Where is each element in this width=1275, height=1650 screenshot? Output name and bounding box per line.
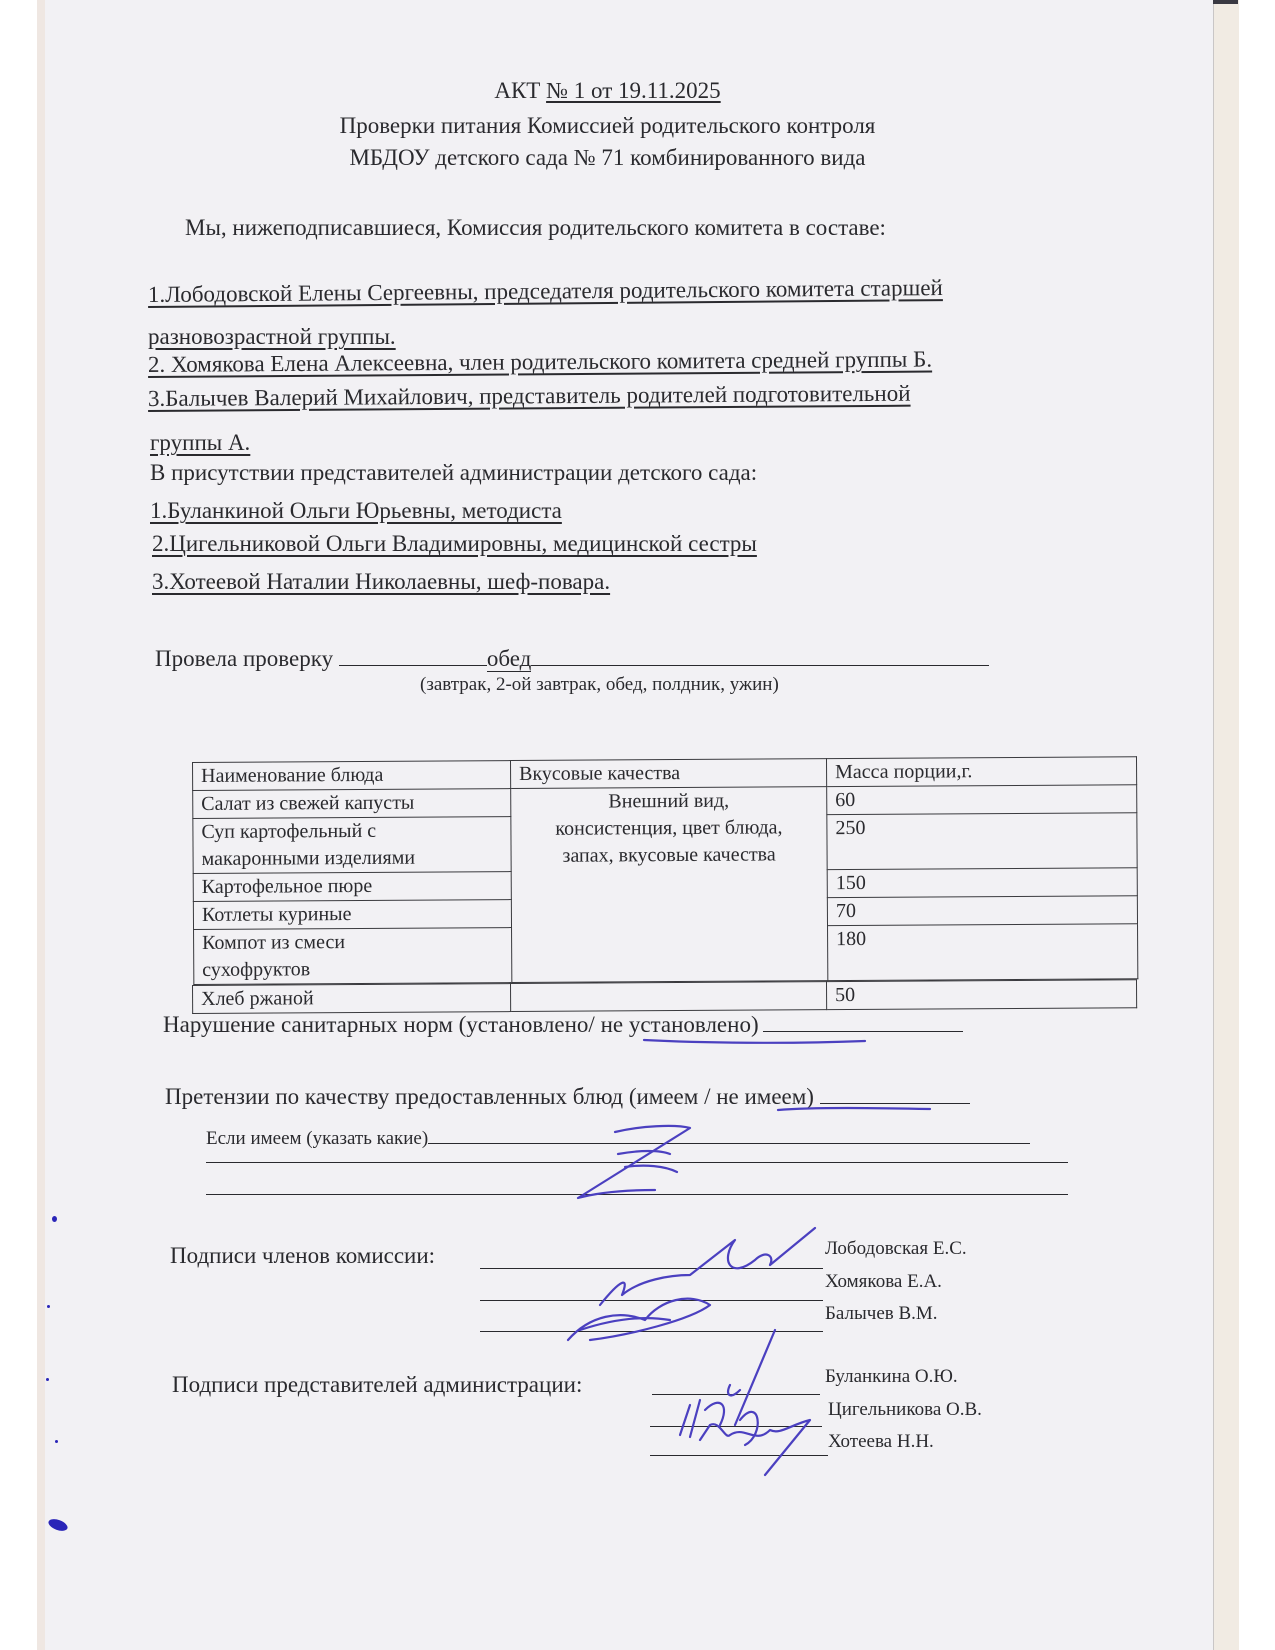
claims-if-blank [428,1123,1030,1144]
scan-speck [46,1378,49,1381]
commission-member-3-line1: 3.Балычев Валерий Михайлович, представит… [148,381,911,412]
act-subtitle: Проверки питания Комиссией родительского… [0,113,1215,139]
scan-right-strip [1213,0,1239,1650]
member-name-3: Балычев В.М. [825,1303,938,1325]
dish-mass: 250 [827,813,1137,870]
act-number-date: № 1 от 19.11.2025 [546,78,721,103]
quality-note-line: консистенция, цвет блюда, [519,814,818,843]
inspection-value: обед [487,646,532,672]
commission-member-2: 2. Хомякова Елена Алексеевна, член родит… [148,347,932,378]
header-taste-quality: Вкусовые качества [511,759,827,789]
act-title: АКТ № 1 от 19.11.2025 [0,78,1215,104]
quality-note-line: запах, вкусовые качества [520,841,819,870]
header-dish-name: Наименование блюда [193,761,511,791]
admin-name-3: Хотеева Н.Н. [828,1431,934,1453]
sanitary-label: Нарушение санитарных норм (установлено/ [163,1012,595,1037]
admin-intro: В присутствии представителей администрац… [150,460,757,486]
dish-name: Котлеты куриные [193,900,511,930]
institution-name: МБДОУ детского сада № 71 комбинированног… [0,145,1215,171]
act-title-prefix: АКТ [494,78,546,103]
sanitary-selected-option: не установлено) [595,1012,759,1037]
dish-name: Хлеб ржаной [193,984,511,1014]
claims-strike-scribble [570,1120,710,1205]
commission-member-1-line2: разновозрастной группы. [148,324,396,350]
admin-name-2: Цигельникова О.В. [828,1399,982,1421]
inspection-line: Провела проверку обед [155,645,989,672]
sanitary-pen-underline [640,1036,880,1048]
dish-name: Салат из свежей капусты [193,789,511,819]
inspection-blank-right [531,645,989,666]
dish-name: Суп картофельный с макаронными изделиями [193,817,511,874]
admin-member-3: 3.Хотеевой Наталии Николаевны, шеф-повар… [152,569,610,595]
claims-label: Претензии по качеству предоставленных бл… [165,1084,710,1109]
dish-quality-empty [511,982,827,1012]
header-portion-mass: Масса порции,г. [827,757,1137,787]
dish-name-line: макаронными изделиями [202,844,503,873]
dish-name-line: Суп картофельный с [201,817,502,846]
intro-text: Мы, нижеподписавшиеся, Комиссия родитель… [185,215,886,241]
claims-blank [820,1083,970,1104]
commission-member-3-line2: группы А. [150,430,250,456]
table-row: Хлеб ржаной 50 [193,980,1137,1014]
member-name-2: Хомякова Е.А. [825,1271,942,1293]
quality-note: Внешний вид, консистенция, цвет блюда, з… [511,787,828,983]
sanitary-blank [763,1011,963,1032]
admin-signatures-label: Подписи представителей администрации: [172,1372,582,1398]
dish-mass: 150 [827,868,1137,898]
inspection-hint: (завтрак, 2-ой завтрак, обед, полдник, у… [420,674,779,696]
admin-signatures-ink [670,1325,840,1485]
dish-name-line: сухофруктов [202,955,503,984]
dishes-table: Наименование блюда Вкусовые качества Мас… [192,756,1138,985]
dish-mass: 50 [827,980,1137,1010]
claims-pen-underline [775,1104,935,1116]
dish-mass: 180 [828,924,1138,981]
inspection-label: Провела проверку [155,646,339,671]
dish-mass: 60 [827,785,1137,815]
dishes-table-last-row: Хлеб ржаной 50 [192,979,1137,1014]
dish-name: Картофельное пюре [193,872,511,902]
member-name-1: Лободовская Е.С. [825,1238,967,1260]
admin-member-2: 2.Цигельниковой Ольги Владимировны, меди… [152,531,757,557]
dish-mass: 70 [827,896,1137,926]
scan-right-shadow [1213,0,1238,4]
scan-speck [47,1305,50,1308]
claims-if-label: Если имеем (указать какие) [206,1128,428,1149]
dish-name-line: Компот из смеси [202,928,503,957]
admin-member-1: 1.Буланкиной Ольги Юрьевны, методиста [150,498,562,524]
dish-name: Компот из смеси сухофруктов [194,928,512,985]
inspection-blank-left [339,645,487,666]
members-signatures-label: Подписи членов комиссии: [170,1243,435,1269]
scan-speck [55,1440,58,1443]
scan-speck [52,1216,57,1222]
quality-note-line: Внешний вид, [519,787,818,816]
admin-name-1: Буланкина О.Ю. [825,1366,958,1388]
sanitary-line: Нарушение санитарных норм (установлено/ … [163,1011,963,1038]
